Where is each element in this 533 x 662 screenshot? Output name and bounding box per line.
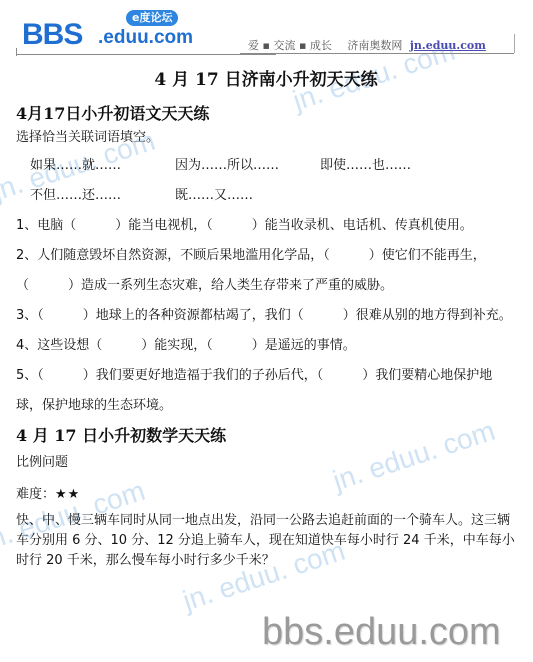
math-problem: 快、中、慢三辆车同时从同一地点出发，沿同一公路去追赶前面的一个骑车人。这三辆车分… (16, 511, 516, 571)
logo-forum-badge: e度论坛 (126, 10, 178, 26)
header-tagline: 爱 ▪ 交流 ▪ 成长 济南奥数网 jn.eduu.com (248, 37, 486, 53)
site-name: 济南奥数网 (347, 39, 402, 52)
star-rating-icon: ★★ (55, 487, 80, 502)
question-item: 4、这些设想（ ）能实现，（ ）是遥远的事情。 (16, 331, 516, 361)
question-item: 3、（ ）地球上的各种资源都枯竭了，我们（ ）很难从别的地方得到补充。 (16, 301, 516, 331)
header-divider (514, 34, 515, 53)
difficulty-label: 难度： (16, 487, 55, 502)
question-item: 1、电脑（ ）能当电视机，（ ）能当收录机、电话机、传真机使用。 (16, 211, 516, 241)
difficulty-row: 难度：★★ (16, 479, 516, 511)
page-header: BBS .eduu.com e度论坛 爱 ▪ 交流 ▪ 成长 济南奥数网 jn.… (0, 0, 533, 60)
conjunction-pair: 既……又…… (175, 181, 320, 211)
conjunction-pair: 因为……所以…… (175, 151, 320, 181)
footer-brand-watermark: bbs.eduu.com (262, 612, 501, 652)
slogan: 爱 ▪ 交流 ▪ 成长 (248, 39, 332, 52)
header-divider (16, 54, 276, 55)
logo-domain-text: .eduu.com (98, 28, 193, 48)
question-item: 2、人们随意毁坏自然资源，不顾后果地滥用化学品，（ ）使它们不能再生，（ ）造成… (16, 241, 516, 301)
instruction-text: 选择恰当关联词语填空。 (16, 125, 516, 151)
conjunction-pairs: 如果……就…… 因为……所以…… 即使……也…… 不但……还…… 既……又…… (16, 151, 516, 211)
math-section-title: 4 月 17 日小升初数学天天练 (16, 425, 516, 447)
topic-text: 比例问题 (16, 447, 516, 479)
conjunction-pair: 即使……也…… (320, 151, 465, 181)
conjunction-pair: 如果……就…… (30, 151, 175, 181)
question-item: 5、（ ）我们要更好地造福于我们的子孙后代，（ ）我们要精心地保护地球，保护地球… (16, 361, 516, 421)
logo-bbs-text: BBS (22, 20, 82, 50)
header-divider (240, 53, 514, 54)
conjunction-pair: 不但……还…… (30, 181, 175, 211)
document-body: 4 月 17 日济南小升初天天练 4月17日小升初语文天天练 选择恰当关联词语填… (16, 62, 516, 571)
site-link[interactable]: jn.eduu.com (410, 39, 486, 52)
page-title: 4 月 17 日济南小升初天天练 (16, 68, 516, 92)
chinese-section-title: 4月17日小升初语文天天练 (16, 103, 516, 125)
